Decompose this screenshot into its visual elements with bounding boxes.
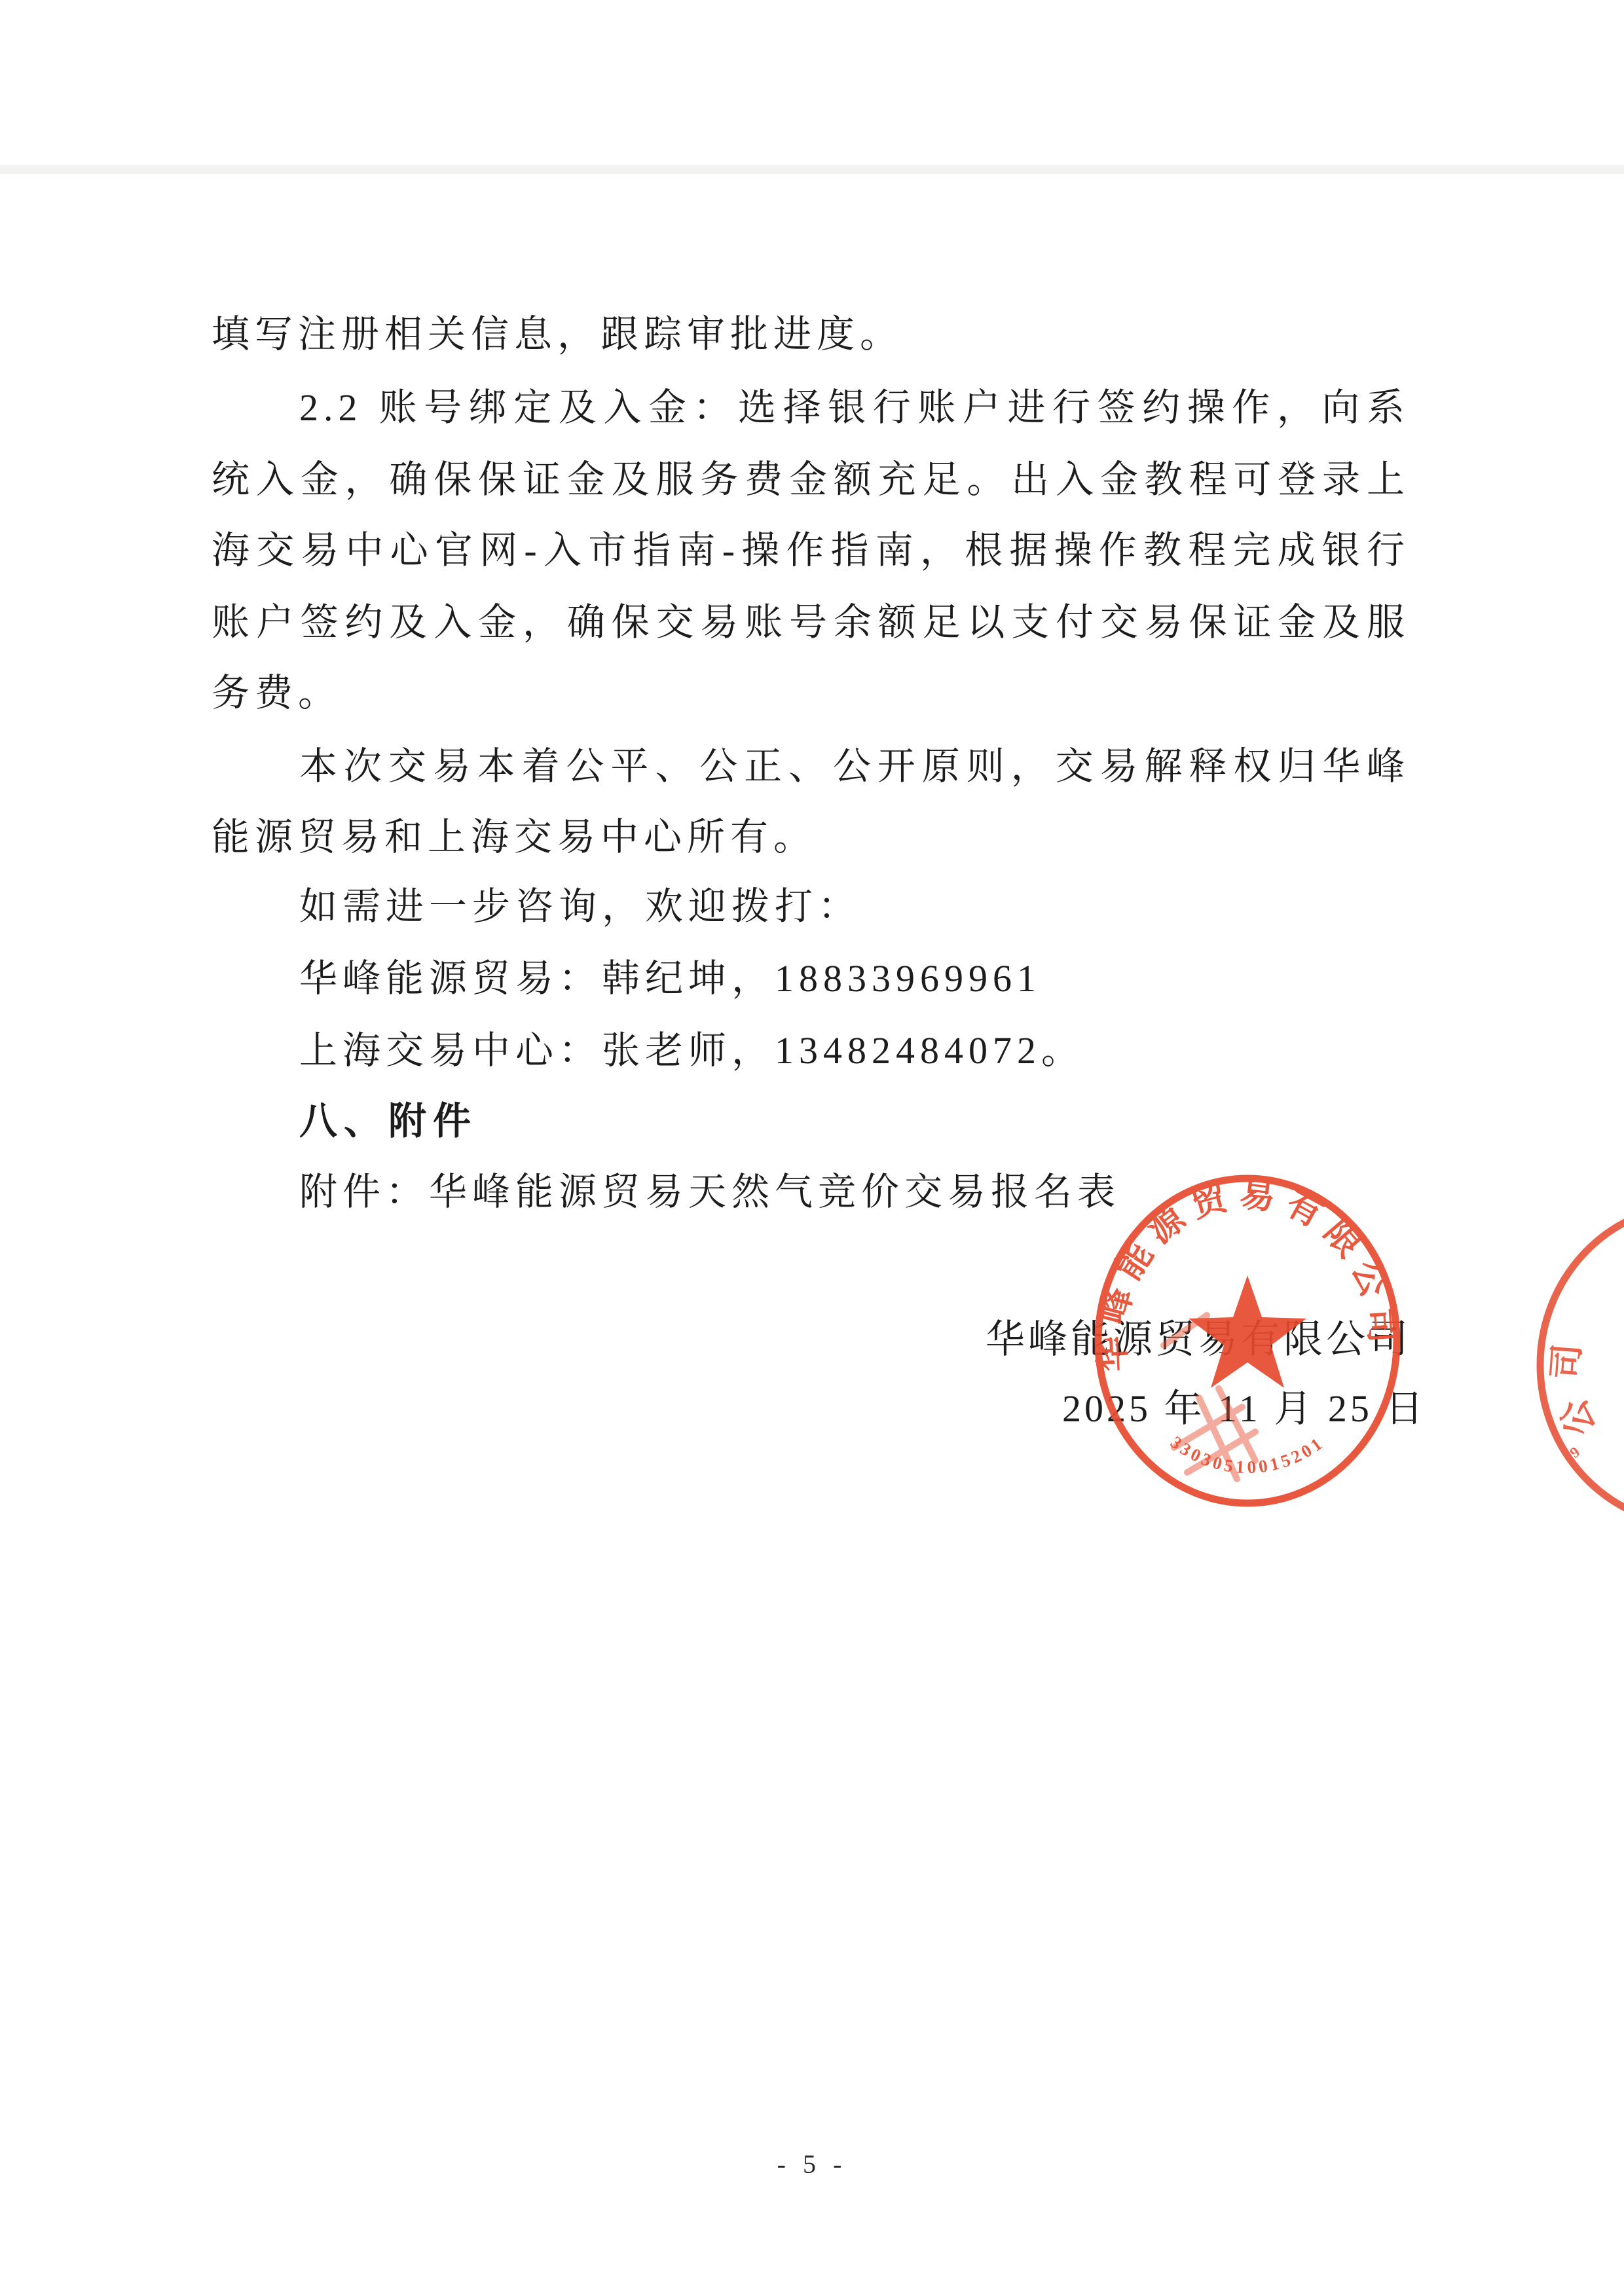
contact-exchange-line: 上海交易中心：张老师，13482484072。	[299, 1029, 1084, 1072]
page-number: - 5 -	[0, 2149, 1624, 2179]
section-heading-attachment: 八、附件	[299, 1100, 477, 1143]
contact-huafeng-line: 华峰能源贸易：韩纪坤，18833969961	[299, 957, 1041, 1000]
body-text-line: 本次交易本着公平、公正、公开原则，交易解释权归华峰	[299, 745, 1410, 788]
edge-seal-text: 公司	[1545, 1326, 1602, 1441]
signature-company: 华峰能源贸易有限公司	[986, 1308, 1411, 1364]
body-text-line: 能源贸易和上海交易中心所有。	[212, 816, 817, 859]
body-text-line: 务费。	[212, 672, 341, 715]
body-text-line: 如需进一步咨询，欢迎拨打：	[299, 885, 861, 928]
signature-date: 2025 年 11 月 25 日	[1062, 1377, 1426, 1432]
edge-seal-serial-fragment: 19	[1561, 1444, 1583, 1466]
body-text-line: 海交易中心官网-入市指南-操作指南，根据操作教程完成银行	[212, 529, 1410, 572]
edge-seal-ring	[1540, 1205, 1624, 1525]
edge-seal: 公司 19	[1539, 1201, 1624, 1542]
body-text-line: 填写注册相关信息，跟踪审批进度。	[212, 313, 903, 356]
scan-artifact-band	[0, 165, 1624, 174]
body-text-line: 账户签约及入金，确保交易账号余额足以支付交易保证金及服	[212, 601, 1410, 644]
body-text-line: 2.2 账号绑定及入金：选择银行账户进行签约操作，向系	[299, 386, 1410, 429]
body-text-line: 统入金，确保保证金及服务费金额充足。出入金教程可登录上	[212, 458, 1410, 501]
attachment-reference-line: 附件：华峰能源贸易天然气竞价交易报名表	[299, 1171, 1120, 1214]
seal-serial-number: 33030510015201	[1167, 1432, 1328, 1478]
document-page: 填写注册相关信息，跟踪审批进度。 2.2 账号绑定及入金：选择银行账户进行签约操…	[0, 0, 1624, 2296]
